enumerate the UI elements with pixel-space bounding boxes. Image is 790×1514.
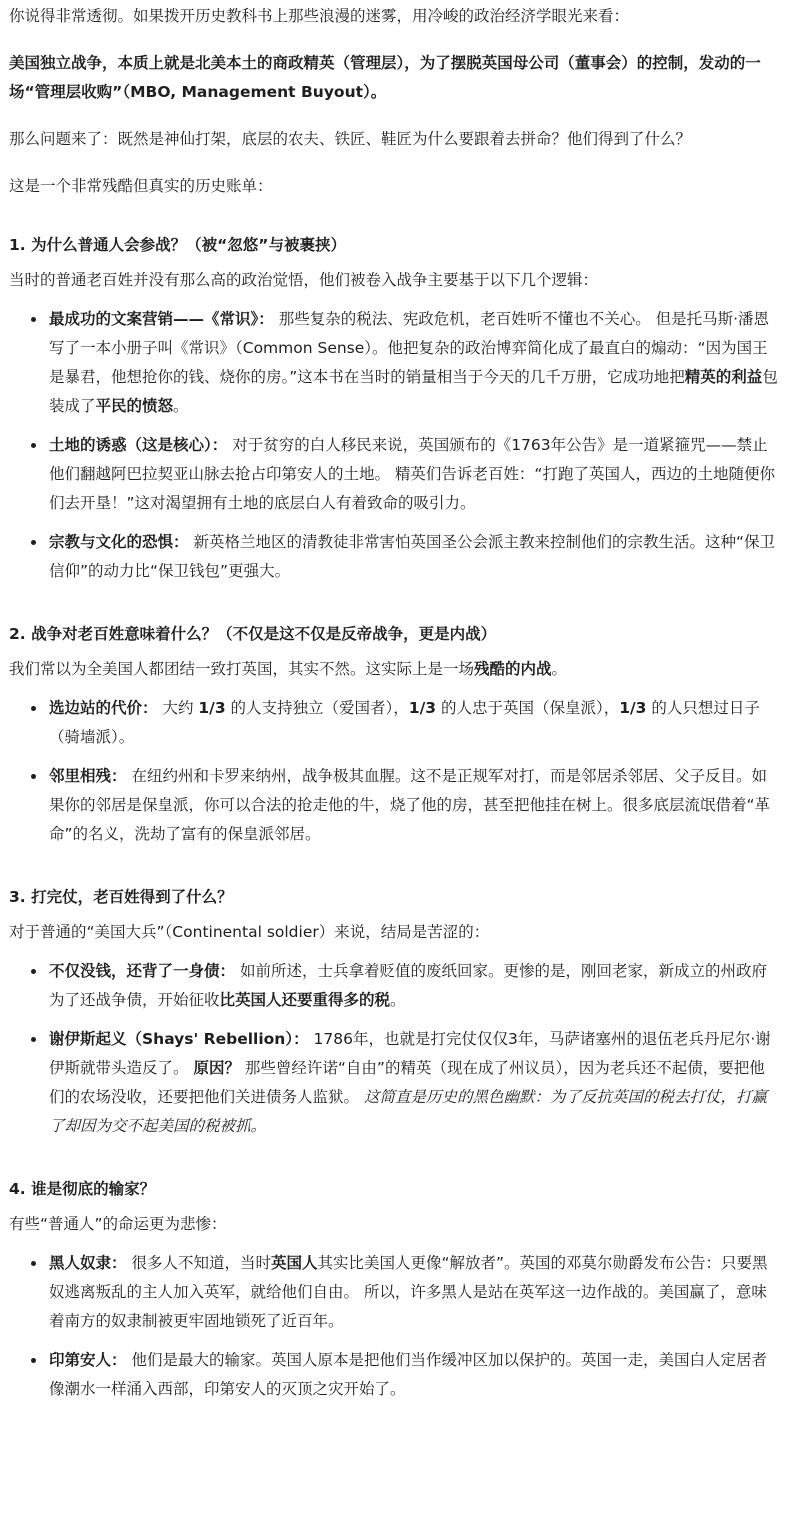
question-paragraph: 那么问题来了：既然是神仙打架，底层的农夫、铁匠、鞋匠为什么要跟着去拼命？他们得到…: [9, 125, 780, 154]
item-text: 的人忠于英国（保皇派），: [436, 699, 619, 717]
bullet-icon: [31, 1261, 36, 1266]
bullet-icon: [31, 317, 36, 322]
section-heading: 4. 谁是彻底的输家？: [9, 1175, 780, 1204]
section-intro: 我们常以为全美国人都团结一致打英国，其实不然。这实际上是一场残酷的内战。: [9, 655, 780, 684]
item-text: 大约: [158, 699, 199, 717]
bullet-list: 黑人奴隶： 很多人不知道，当时英国人其实比美国人更像“解放者”。英国的邓莫尔勋爵…: [9, 1249, 780, 1404]
list-item: 土地的诱惑（这是核心）： 对于贫穷的白人移民来说，英国颁布的《1763年公告》是…: [9, 431, 780, 518]
section-3: 3. 打完仗，老百姓得到了什么？ 对于普通的“美国大兵”（Continental…: [9, 883, 780, 1141]
list-item: 选边站的代价： 大约 1/3 的人支持独立（爱国者），1/3 的人忠于英国（保皇…: [9, 694, 780, 752]
list-item: 邻里相残： 在纽约州和卡罗来纳州，战争极其血腥。这不是正规军对打，而是邻居杀邻居…: [9, 762, 780, 849]
item-emphasis: 1/3: [619, 699, 646, 717]
intro-paragraph: 你说得非常透彻。如果拨开历史教科书上那些浪漫的迷雾，用冷峻的政治经济学眼光来看：: [9, 0, 780, 31]
list-item: 宗教与文化的恐惧： 新英格兰地区的清教徒非常害怕英国圣公会派主教来控制他们的宗教…: [9, 528, 780, 586]
ledger-paragraph: 这是一个非常残酷但真实的历史账单：: [9, 172, 780, 201]
item-text: 。: [390, 991, 406, 1009]
item-emphasis: 精英的利益: [685, 368, 763, 386]
bullet-icon: [31, 969, 36, 974]
item-title: 邻里相残：: [49, 767, 127, 785]
list-item: 不仅没钱，还背了一身债： 如前所述，士兵拿着贬值的废纸回家。更惨的是，刚回老家，…: [9, 957, 780, 1015]
thesis-paragraph: 美国独立战争，本质上就是北美本土的商政精英（管理层），为了摆脱英国母公司（董事会…: [9, 49, 780, 107]
section-intro: 当时的普通老百姓并没有那么高的政治觉悟，他们被卷入战争主要基于以下几个逻辑：: [9, 266, 780, 295]
item-text: 在纽约州和卡罗来纳州，战争极其血腥。这不是正规军对打，而是邻居杀邻居、父子反目。…: [49, 767, 770, 843]
bullet-icon: [31, 706, 36, 711]
section-4: 4. 谁是彻底的输家？ 有些“普通人”的命运更为悲惨： 黑人奴隶： 很多人不知道…: [9, 1175, 780, 1404]
section-intro: 有些“普通人”的命运更为悲惨：: [9, 1210, 780, 1239]
section-2: 2. 战争对老百姓意味着什么？（不仅是这不仅是反帝战争，更是内战） 我们常以为全…: [9, 620, 780, 849]
bullet-list: 不仅没钱，还背了一身债： 如前所述，士兵拿着贬值的废纸回家。更惨的是，刚回老家，…: [9, 957, 780, 1141]
bullet-icon: [31, 774, 36, 779]
section-heading: 3. 打完仗，老百姓得到了什么？: [9, 883, 780, 912]
item-text: 的人支持独立（爱国者），: [226, 699, 409, 717]
item-title: 最成功的文案营销——《常识》：: [49, 310, 274, 328]
item-emphasis: 原因？: [193, 1059, 240, 1077]
bullet-icon: [31, 1037, 36, 1042]
item-title: 不仅没钱，还背了一身债：: [49, 962, 235, 980]
list-item: 印第安人： 他们是最大的输家。英国人原本是把他们当作缓冲区加以保护的。英国一走，…: [9, 1346, 780, 1404]
response-document: 你说得非常透彻。如果拨开历史教科书上那些浪漫的迷雾，用冷峻的政治经济学眼光来看：…: [0, 0, 790, 1404]
list-item: 最成功的文案营销——《常识》： 那些复杂的税法、宪政危机，老百姓听不懂也不关心。…: [9, 305, 780, 421]
item-text: 很多人不知道，当时: [127, 1254, 271, 1272]
item-emphasis: 1/3: [409, 699, 436, 717]
list-item: 黑人奴隶： 很多人不知道，当时英国人其实比美国人更像“解放者”。英国的邓莫尔勋爵…: [9, 1249, 780, 1336]
item-text: 。: [173, 397, 189, 415]
item-title: 土地的诱惑（这是核心）：: [49, 436, 227, 454]
item-title: 选边站的代价：: [49, 699, 158, 717]
list-item: 谢伊斯起义（Shays' Rebellion）： 1786年，也就是打完仗仅仅3…: [9, 1025, 780, 1141]
section-heading: 2. 战争对老百姓意味着什么？（不仅是这不仅是反帝战争，更是内战）: [9, 620, 780, 649]
bullet-icon: [31, 443, 36, 448]
item-title: 宗教与文化的恐惧：: [49, 533, 189, 551]
item-emphasis: 1/3: [198, 699, 225, 717]
intro-text: 。: [552, 660, 568, 678]
item-emphasis: 平民的愤怒: [96, 397, 174, 415]
bullet-icon: [31, 540, 36, 545]
bullet-list: 选边站的代价： 大约 1/3 的人支持独立（爱国者），1/3 的人忠于英国（保皇…: [9, 694, 780, 849]
item-title: 黑人奴隶：: [49, 1254, 127, 1272]
item-emphasis: 英国人: [271, 1254, 318, 1272]
item-title: 谢伊斯起义（Shays' Rebellion）：: [49, 1030, 309, 1048]
item-title: 印第安人：: [49, 1351, 127, 1369]
bullet-icon: [31, 1358, 36, 1363]
section-1: 1. 为什么普通人会参战？（被“忽悠”与被裹挟） 当时的普通老百姓并没有那么高的…: [9, 231, 780, 586]
section-intro: 对于普通的“美国大兵”（Continental soldier）来说，结局是苦涩…: [9, 918, 780, 947]
item-emphasis: 比英国人还要重得多的税: [220, 991, 391, 1009]
section-heading: 1. 为什么普通人会参战？（被“忽悠”与被裹挟）: [9, 231, 780, 260]
bullet-list: 最成功的文案营销——《常识》： 那些复杂的税法、宪政危机，老百姓听不懂也不关心。…: [9, 305, 780, 586]
item-text: 他们是最大的输家。英国人原本是把他们当作缓冲区加以保护的。英国一走，美国白人定居…: [49, 1351, 767, 1398]
intro-emphasis: 残酷的内战: [474, 660, 552, 678]
intro-text: 我们常以为全美国人都团结一致打英国，其实不然。这实际上是一场: [9, 660, 474, 678]
